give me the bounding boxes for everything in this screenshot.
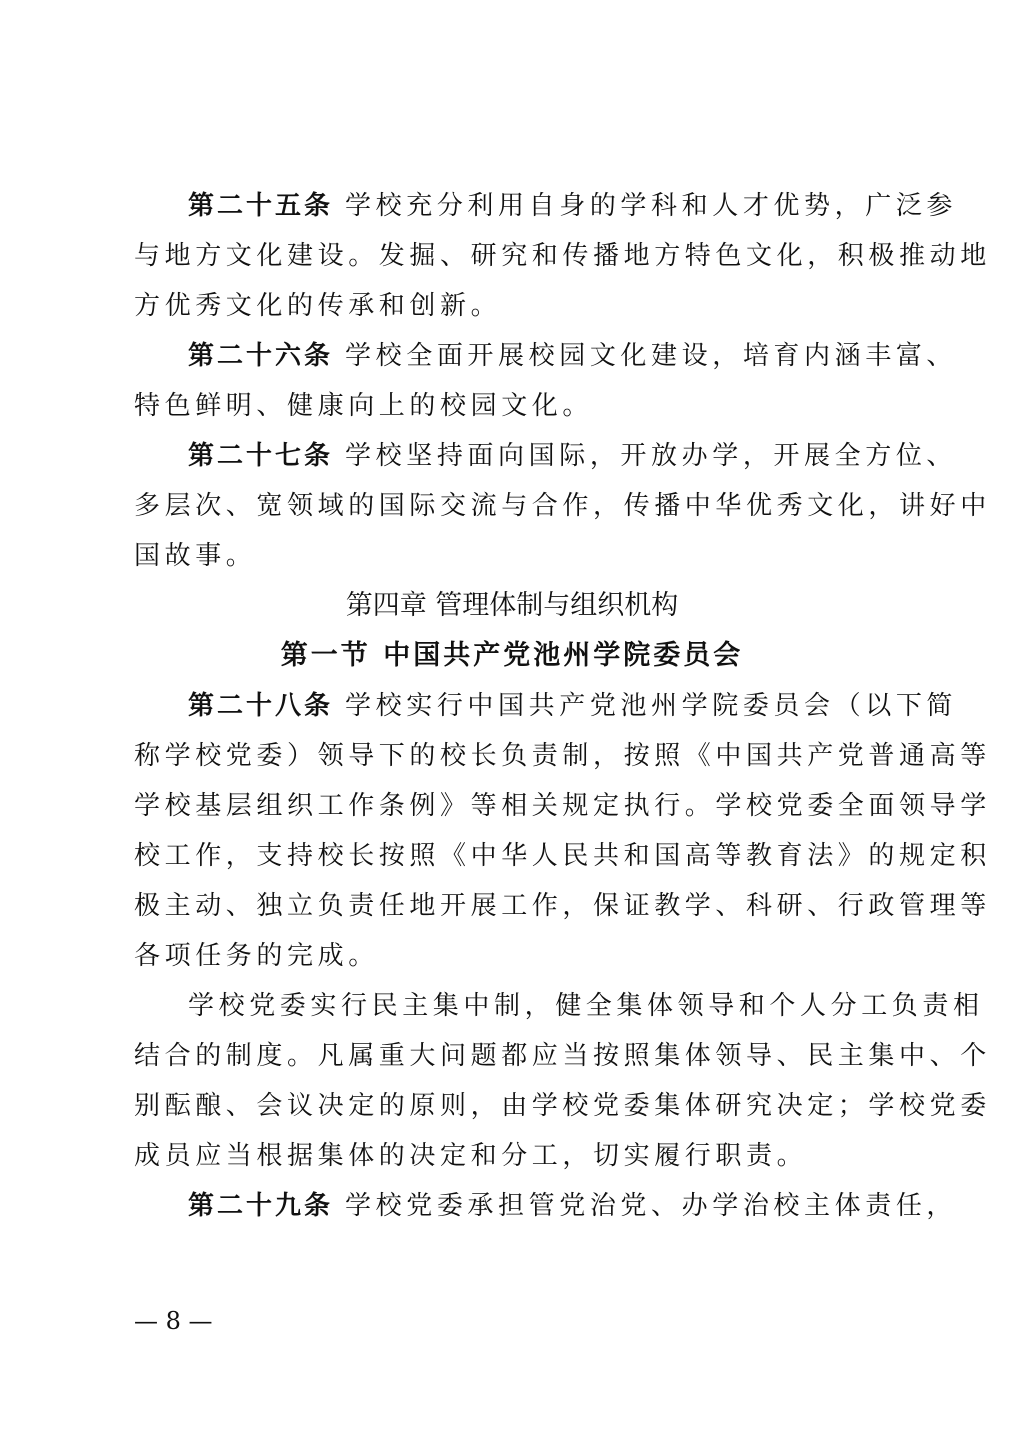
article-25-line-1: 第二十五条学校充分利用自身的学科和人才优势，广泛参 bbox=[188, 191, 890, 221]
article-28-para2-line-2: 结合的制度。凡属重大问题都应当按照集体领导、民主集中、个 bbox=[134, 1041, 890, 1071]
article-25-line-3: 方优秀文化的传承和创新。 bbox=[134, 291, 890, 321]
article-28-line-5: 极主动、独立负责任地开展工作，保证教学、科研、行政管理等 bbox=[134, 891, 890, 921]
article-28-line-4: 校工作，支持校长按照《中华人民共和国高等教育法》的规定积 bbox=[134, 841, 890, 871]
article-27-line-2: 多层次、宽领域的国际交流与合作，传播中华优秀文化，讲好中 bbox=[134, 491, 890, 521]
article-29-line-1: 第二十九条学校党委承担管党治党、办学治校主体责任， bbox=[188, 1191, 890, 1221]
article-label: 第二十七条 bbox=[188, 441, 333, 471]
page-number: — 8 — bbox=[134, 1306, 213, 1336]
article-26-line-1: 第二十六条学校全面开展校园文化建设，培育内涵丰富、 bbox=[188, 341, 890, 371]
section-title: 第一节 中国共产党池州学院委员会 bbox=[0, 640, 1024, 672]
article-label: 第二十八条 bbox=[188, 691, 333, 721]
article-28-para2-line-1: 学校党委实行民主集中制，健全集体领导和个人分工负责相 bbox=[188, 991, 890, 1021]
article-27-line-3: 国故事。 bbox=[134, 541, 890, 571]
article-26-line-2: 特色鲜明、健康向上的校园文化。 bbox=[134, 391, 890, 421]
article-27-line-1: 第二十七条学校坚持面向国际，开放办学，开展全方位、 bbox=[188, 441, 890, 471]
article-28-line-2: 称学校党委）领导下的校长负责制，按照《中国共产党普通高等 bbox=[134, 741, 890, 771]
article-28-line-3: 学校基层组织工作条例》等相关规定执行。学校党委全面领导学 bbox=[134, 791, 890, 821]
article-28-line-6: 各项任务的完成。 bbox=[134, 941, 890, 971]
article-label: 第二十九条 bbox=[188, 1191, 333, 1221]
document-page: 第二十五条学校充分利用自身的学科和人才优势，广泛参 与地方文化建设。发掘、研究和… bbox=[0, 0, 1024, 1448]
article-28-para2-line-4: 成员应当根据集体的决定和分工，切实履行职责。 bbox=[134, 1141, 890, 1171]
article-25-line-2: 与地方文化建设。发掘、研究和传播地方特色文化，积极推动地 bbox=[134, 241, 890, 271]
chapter-title: 第四章 管理体制与组织机构 bbox=[0, 590, 1024, 622]
article-label: 第二十六条 bbox=[188, 341, 333, 371]
article-28-para2-line-3: 别酝酿、会议决定的原则，由学校党委集体研究决定；学校党委 bbox=[134, 1091, 890, 1121]
article-28-line-1: 第二十八条学校实行中国共产党池州学院委员会（以下简 bbox=[188, 691, 890, 721]
article-label: 第二十五条 bbox=[188, 191, 333, 221]
